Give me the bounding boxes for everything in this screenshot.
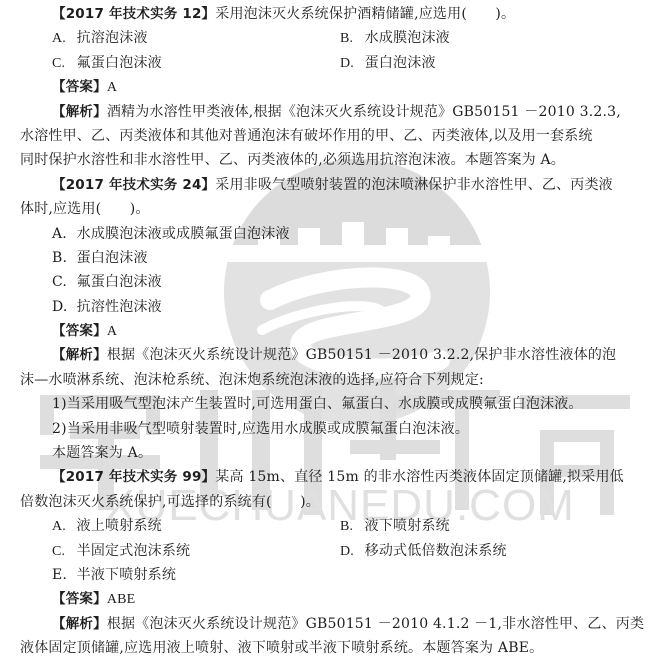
question-tag: 【2017 年技术实务 12】 (52, 6, 215, 22)
option-row: C. 半固定式泡沫系统 D. 移动式低倍数泡沫系统 (20, 539, 632, 563)
question-stem-continued: 倍数泡沫灭火系统保护,可选择的系统有( )。 (20, 490, 632, 514)
option-row: A. 液上喷射系统 B. 液下喷射系统 (20, 514, 632, 538)
question-3-stem: 【2017 年技术实务 99】某高 15m、直径 15m 的非水溶性丙类液体固定… (20, 465, 632, 489)
question-2-stem: 【2017 年技术实务 24】采用非吸气型喷射装置的泡沫喷淋保护非水溶性甲、乙、… (20, 173, 632, 197)
option-row: A. 抗溶泡沫液 B. 水成膜泡沫液 (20, 26, 632, 50)
analysis-line: 同时保护水溶性和非水溶性甲、乙、丙类液体的,必须选用抗溶泡沫液。本题答案为 A。 (20, 148, 632, 172)
option-b: B. 液下喷射系统 (340, 514, 628, 538)
question-stem-continued: 体时,应选用( )。 (20, 197, 632, 221)
option-d: D. 抗溶性泡沫液 (20, 295, 632, 319)
option-c: C. 氟蛋白泡沫液 (52, 51, 340, 75)
option-c: C. 半固定式泡沫系统 (52, 539, 340, 563)
question-1-stem: 【2017 年技术实务 12】采用泡沫灭火系统保护酒精储罐,应选用( )。 (20, 2, 632, 26)
option-d: D. 蛋白泡沫液 (340, 51, 628, 75)
option-a: A. 水成膜泡沫液或成膜氟蛋白泡沫液 (20, 222, 632, 246)
question-tag: 【2017 年技术实务 24】 (52, 177, 215, 193)
answer-value: ABE (107, 592, 136, 607)
analysis-line: 水溶性甲、乙、丙类液体和其他对普通泡沫有破坏作用的甲、乙、丙类液体,以及用一套系… (20, 124, 632, 148)
answer-line: 【答案】A (20, 75, 632, 99)
analysis-line: 2)当采用非吸气型喷射装置时,应选用水成膜或成膜氟蛋白泡沫液。 (20, 417, 632, 441)
answer-line: 【答案】ABE (20, 587, 632, 611)
option-e: E. 半液下喷射系统 (20, 563, 632, 587)
analysis-line: 【解析】根据《泡沫灭火系统设计规范》GB50151 －2010 3.2.2,保护… (20, 343, 632, 367)
option-a: A. 抗溶泡沫液 (52, 26, 340, 50)
option-c: C. 氟蛋白泡沫液 (20, 270, 632, 294)
analysis-line: 1)当采用吸气型泡沫产生装置时,可选用蛋白、氟蛋白、水成膜或成膜氟蛋白泡沫液。 (20, 392, 632, 416)
option-d: D. 移动式低倍数泡沫系统 (340, 539, 628, 563)
document-page: XUECHUANEDU.COM 【2017 年技术实务 12】采用泡沫灭火系统保… (0, 0, 650, 672)
answer-value: A (107, 80, 117, 95)
question-tag: 【2017 年技术实务 99】 (52, 469, 215, 485)
answer-value: A (107, 324, 117, 339)
answer-line: 【答案】A (20, 319, 632, 343)
analysis-line: 【解析】酒精为水溶性甲类液体,根据《泡沫灭火系统设计规范》GB50151 －20… (20, 100, 632, 124)
option-b: B. 蛋白泡沫液 (20, 246, 632, 270)
option-b: B. 水成膜泡沫液 (340, 26, 628, 50)
document-content: 【2017 年技术实务 12】采用泡沫灭火系统保护酒精储罐,应选用( )。 A.… (20, 2, 632, 661)
option-row: C. 氟蛋白泡沫液 D. 蛋白泡沫液 (20, 51, 632, 75)
analysis-line: 本题答案为 A。 (20, 441, 632, 465)
analysis-line: 沫—水喷淋系统、泡沫枪系统、泡沫炮系统泡沫液的选择,应符合下列规定: (20, 368, 632, 392)
analysis-line: 【解析】根据《泡沫灭火系统设计规范》GB50151 －2010 4.1.2 －1… (20, 612, 632, 636)
option-a: A. 液上喷射系统 (52, 514, 340, 538)
analysis-line: 液体固定顶储罐,应选用液上喷射、液下喷射或半液下喷射系统。本题答案为 ABE。 (20, 636, 632, 660)
